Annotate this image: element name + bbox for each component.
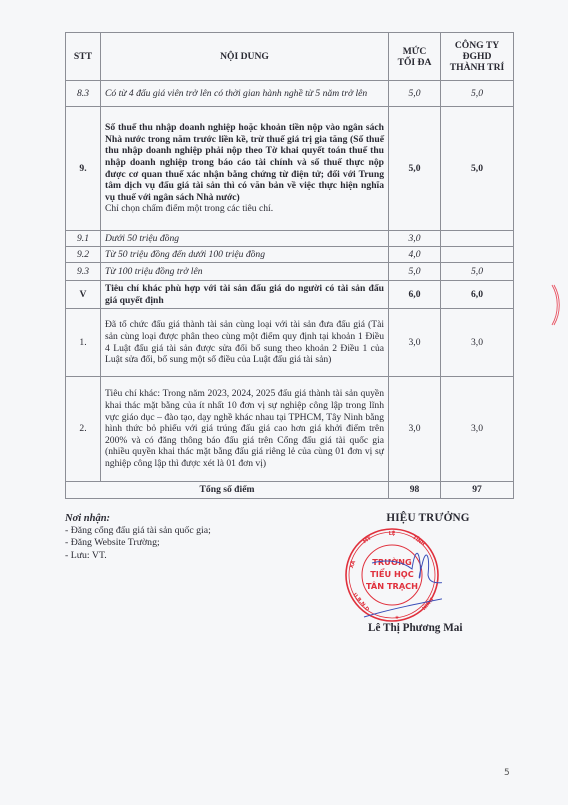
row-content: Đã tổ chức đấu giá thành tài sản cùng lo… <box>101 309 389 377</box>
header-company: CÔNG TY ĐGHD THÀNH TRÍ <box>441 33 514 81</box>
score-table: STT NỘI DUNG MỨC TỐI ĐA CÔNG TY ĐGHD THÀ… <box>65 32 514 499</box>
row-content-main: Số thuế thu nhập doanh nghiệp hoặc khoản… <box>105 122 384 203</box>
row-score <box>441 231 514 247</box>
row-stt: V <box>66 281 101 309</box>
recipients-block: Nơi nhận: - Đăng cổng đấu giá tài sản qu… <box>65 513 211 562</box>
header-company-line1: CÔNG TY <box>445 40 509 51</box>
row-stt: 9. <box>66 107 101 231</box>
row-max: 5,0 <box>389 263 441 281</box>
header-company-line2: ĐGHD <box>445 51 509 62</box>
row-stt: 9.3 <box>66 263 101 281</box>
stamp-line3: TÂN TRẠCH <box>366 580 418 591</box>
row-score: 5,0 <box>441 107 514 231</box>
recipients-title: Nơi nhận: <box>65 513 211 525</box>
row-content: Từ 100 triệu đồng trở lên <box>101 263 389 281</box>
row-score: 5,0 <box>441 81 514 107</box>
row-content: Tiêu chí khác: Trong năm 2023, 2024, 202… <box>101 377 389 482</box>
row-max: 4,0 <box>389 247 441 263</box>
table-row: V Tiêu chí khác phù hợp với tài sản đấu … <box>66 281 514 309</box>
row-max: 3,0 <box>389 231 441 247</box>
document-page: STT NỘI DUNG MỨC TỐI ĐA CÔNG TY ĐGHD THÀ… <box>0 0 568 805</box>
total-max: 98 <box>389 482 441 499</box>
row-score: 3,0 <box>441 309 514 377</box>
row-stt: 9.1 <box>66 231 101 247</box>
row-stt: 1. <box>66 309 101 377</box>
table-row: 9. Số thuế thu nhập doanh nghiệp hoặc kh… <box>66 107 514 231</box>
stamp-edge-mark-icon <box>550 283 562 327</box>
row-stt: 2. <box>66 377 101 482</box>
svg-text:★: ★ <box>395 615 400 621</box>
total-score: 97 <box>441 482 514 499</box>
table-row: 1. Đã tổ chức đấu giá thành tài sản cùng… <box>66 309 514 377</box>
table-header-row: STT NỘI DUNG MỨC TỐI ĐA CÔNG TY ĐGHD THÀ… <box>66 33 514 81</box>
header-content: NỘI DUNG <box>101 33 389 81</box>
signer-role: HIỆU TRƯỞNG <box>358 512 498 524</box>
recipient-item: - Lưu: VT. <box>65 550 211 562</box>
row-content: Có từ 4 đấu giá viên trở lên có thời gia… <box>101 81 389 107</box>
stamp-line2: TIỂU HỌC <box>370 567 414 579</box>
row-score: 5,0 <box>441 263 514 281</box>
header-max: MỨC TỐI ĐA <box>389 33 441 81</box>
header-stt: STT <box>66 33 101 81</box>
svg-text:XÃ: XÃ <box>348 560 357 570</box>
table-row: 9.2 Từ 50 triệu đồng đến dưới 100 triệu … <box>66 247 514 263</box>
table-row: 2. Tiêu chí khác: Trong năm 2023, 2024, … <box>66 377 514 482</box>
svg-text:MỸ: MỸ <box>362 534 373 545</box>
row-stt: 8.3 <box>66 81 101 107</box>
recipient-item: - Đăng cổng đấu giá tài sản quốc gia; <box>65 525 211 537</box>
row-content-note: Chỉ chọn chấm điểm một trong các tiêu ch… <box>105 203 384 215</box>
row-max: 3,0 <box>389 377 441 482</box>
row-max: 5,0 <box>389 107 441 231</box>
row-content: Tiêu chí khác phù hợp với tài sản đấu gi… <box>101 281 389 309</box>
row-stt: 9.2 <box>66 247 101 263</box>
signature-block: HIỆU TRƯỞNG Lê Thị Phương Mai <box>350 512 490 524</box>
row-score: 3,0 <box>441 377 514 482</box>
school-stamp-icon: TRƯỜNG TIỂU HỌC TÂN TRẠCH XÃ MỸ LỆ TỈNH … <box>342 525 442 625</box>
row-max: 5,0 <box>389 81 441 107</box>
row-score <box>441 247 514 263</box>
table-row: 9.1 Dưới 50 triệu đồng 3,0 <box>66 231 514 247</box>
total-label: Tổng số điểm <box>66 482 389 499</box>
svg-text:NINH: NINH <box>421 597 435 612</box>
row-max: 3,0 <box>389 309 441 377</box>
row-content: Dưới 50 triệu đồng <box>101 231 389 247</box>
table-row: 8.3 Có từ 4 đấu giá viên trở lên có thời… <box>66 81 514 107</box>
row-max: 6,0 <box>389 281 441 309</box>
recipient-item: - Đăng Website Trường; <box>65 537 211 549</box>
table-total-row: Tổng số điểm 98 97 <box>66 482 514 499</box>
page-number: 5 <box>504 768 510 778</box>
svg-text:LỆ: LỆ <box>389 529 396 537</box>
table-row: 9.3 Từ 100 triệu đồng trở lên 5,0 5,0 <box>66 263 514 281</box>
row-score: 6,0 <box>441 281 514 309</box>
row-content: Từ 50 triệu đồng đến dưới 100 triệu đồng <box>101 247 389 263</box>
svg-text:TỈNH: TỈNH <box>411 533 427 547</box>
row-content: Số thuế thu nhập doanh nghiệp hoặc khoản… <box>101 107 389 231</box>
header-company-line3: THÀNH TRÍ <box>445 62 509 73</box>
